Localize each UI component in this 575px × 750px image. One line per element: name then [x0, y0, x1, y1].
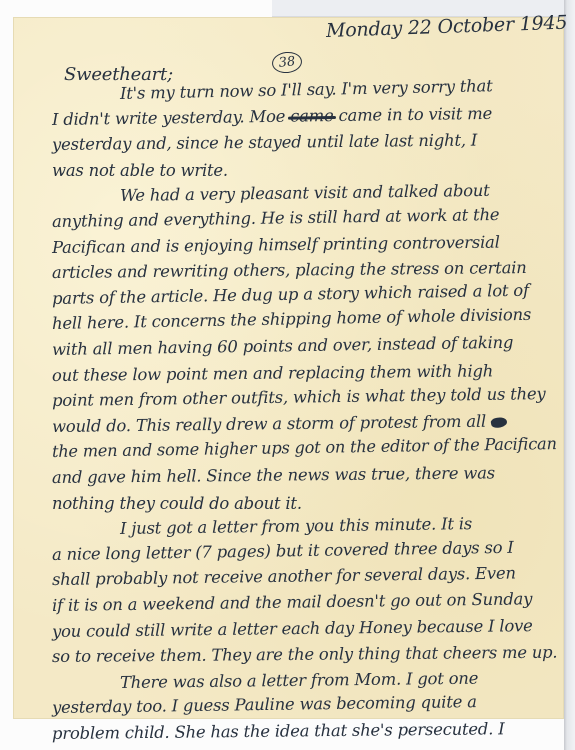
line-text: the men and some higher ups got on the e…: [52, 434, 557, 461]
line-text: out these low point men and replacing th…: [52, 361, 493, 385]
letter-line: yesterday and, since he stayed until lat…: [52, 131, 477, 154]
line-text: yesterday too. I guess Pauline was becom…: [52, 692, 477, 717]
line-text: I just got a letter from you this minute…: [120, 514, 472, 538]
letter-line: There was also a letter from Mom. I got …: [120, 668, 478, 691]
line-text: It's my turn now so I'll say. I'm very s…: [120, 76, 493, 103]
letter-line: We had a very pleasant visit and talked …: [120, 181, 490, 205]
salutation: Sweetheart;: [64, 64, 173, 85]
line-text: yesterday and, since he stayed until lat…: [52, 131, 477, 154]
line-text: parts of the article. He dug up a story …: [52, 280, 529, 307]
letter-line: so to receive them. They are the only th…: [52, 643, 558, 666]
letter-line: the men and some higher ups got on the e…: [52, 434, 557, 461]
letter-line: articles and rewriting others, placing t…: [52, 258, 527, 282]
letter-line: if it is on a weekend and the mail doesn…: [52, 589, 532, 615]
letter-line: point men from other outfits, which is w…: [52, 384, 546, 410]
line-text: We had a very pleasant visit and talked …: [120, 181, 490, 205]
letter-line: with all men having 60 points and over, …: [52, 333, 513, 359]
letter-line: a nice long letter (7 pages) but it cove…: [52, 538, 514, 564]
letter-line: would do. This really drew a storm of pr…: [52, 411, 507, 436]
letter-line: anything and everything. He is still har…: [52, 205, 500, 231]
line-text-continued: came in to visit me: [333, 103, 492, 124]
line-text: would do. This really drew a storm of pr…: [52, 411, 486, 435]
line-text: hell here. It concerns the shipping home…: [52, 305, 532, 333]
line-text: I didn't write yesterday. Moe: [52, 106, 285, 128]
letter-line: Pacifican and is enjoying himself printi…: [52, 232, 500, 256]
letter-line: hell here. It concerns the shipping home…: [52, 305, 532, 333]
line-text: with all men having 60 points and over, …: [52, 333, 513, 359]
page-number-circled: 38: [271, 50, 303, 74]
line-text: point men from other outfits, which is w…: [52, 384, 546, 410]
line-text: anything and everything. He is still har…: [52, 205, 500, 231]
letter-line: shall probably not receive another for s…: [52, 564, 516, 589]
letter-line: out these low point men and replacing th…: [52, 361, 493, 385]
letter-page: Monday 22 October 1945 38 Sweetheart; It…: [14, 18, 563, 718]
line-text: so to receive them. They are the only th…: [52, 643, 558, 666]
letter-line: It's my turn now so I'll say. I'm very s…: [120, 76, 493, 103]
letter-line: I didn't write yesterday. Moe came came …: [52, 103, 492, 128]
line-text: you could still write a letter each day …: [52, 616, 533, 641]
letter-line: you could still write a letter each day …: [52, 616, 533, 641]
letter-line: was not able to write.: [52, 161, 228, 180]
line-text: There was also a letter from Mom. I got …: [120, 668, 478, 691]
struck-out-word: came: [290, 106, 334, 126]
line-text: Pacifican and is enjoying himself printi…: [52, 232, 500, 256]
line-text: nothing they could do about it.: [52, 494, 302, 513]
line-text: a nice long letter (7 pages) but it cove…: [52, 538, 514, 564]
letter-line: I just got a letter from you this minute…: [120, 514, 472, 538]
line-text: was not able to write.: [52, 161, 228, 180]
scanner-right-edge: [564, 0, 575, 750]
ink-scribble-correction: [490, 415, 508, 428]
line-text: and gave him hell. Since the news was tr…: [52, 463, 495, 487]
letter-line: nothing they could do about it.: [52, 494, 302, 513]
line-text: articles and rewriting others, placing t…: [52, 258, 527, 282]
line-text: shall probably not receive another for s…: [52, 564, 516, 589]
line-text: if it is on a weekend and the mail doesn…: [52, 589, 532, 615]
letter-line: and gave him hell. Since the news was tr…: [52, 463, 495, 487]
letter-line: parts of the article. He dug up a story …: [52, 280, 529, 307]
letter-line: yesterday too. I guess Pauline was becom…: [52, 692, 477, 717]
